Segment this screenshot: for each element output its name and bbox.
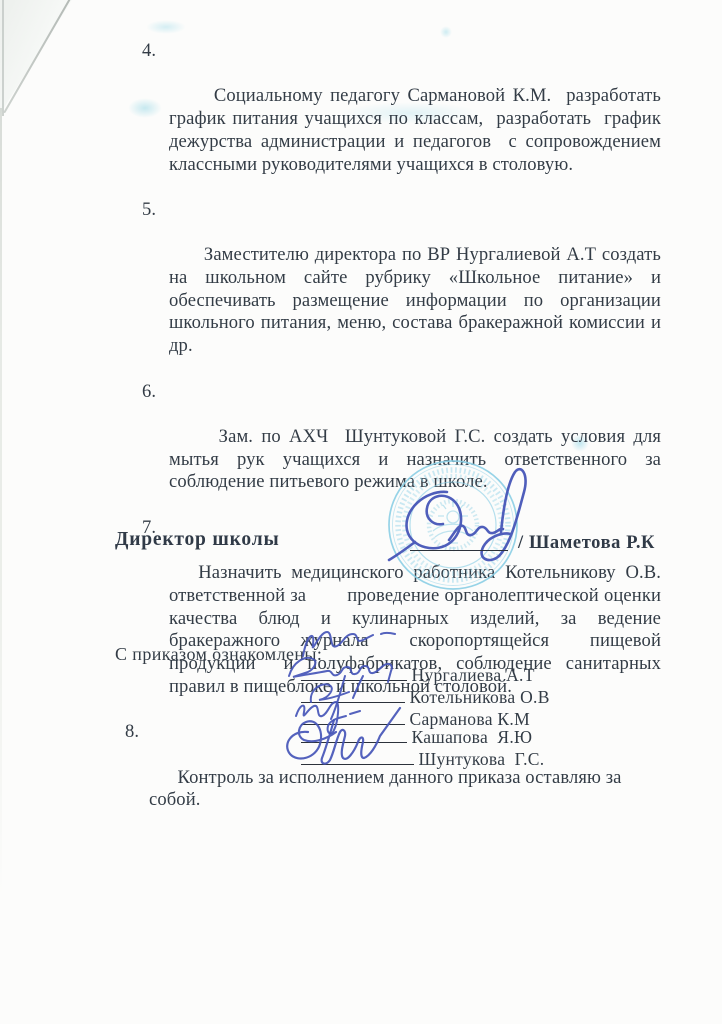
ink-smudge <box>146 20 186 34</box>
order-item-text: Заместителю директора по ВР Нургалиевой … <box>169 244 666 356</box>
order-item: 4. Социальному педагогу Сармановой К.М. … <box>142 40 661 199</box>
signature-line <box>410 535 508 551</box>
scan-edge-artifact <box>2 0 4 116</box>
order-item: 5. Заместителю директора по ВР Нургалиев… <box>142 199 661 381</box>
director-title: Директор школы <box>115 529 279 551</box>
order-item-text: Социальному педагогу Сармановой К.М. раз… <box>169 85 666 174</box>
order-item-number: 5. <box>142 199 156 222</box>
order-item-number: 4. <box>142 40 156 63</box>
order-item-number: 8. <box>125 721 139 744</box>
order-item-number: 6. <box>142 381 156 404</box>
scan-edge-artifact <box>0 108 2 898</box>
ink-smudge <box>440 26 452 38</box>
acknowledgment-name: Шунтукова Г.С. <box>419 749 545 769</box>
director-name: / Шаметова Р.К <box>518 533 655 554</box>
signature-shuntukova-image <box>276 694 410 770</box>
scanned-document-page: 4. Социальному педагогу Сармановой К.М. … <box>0 0 722 1024</box>
director-signature-image <box>383 460 533 592</box>
